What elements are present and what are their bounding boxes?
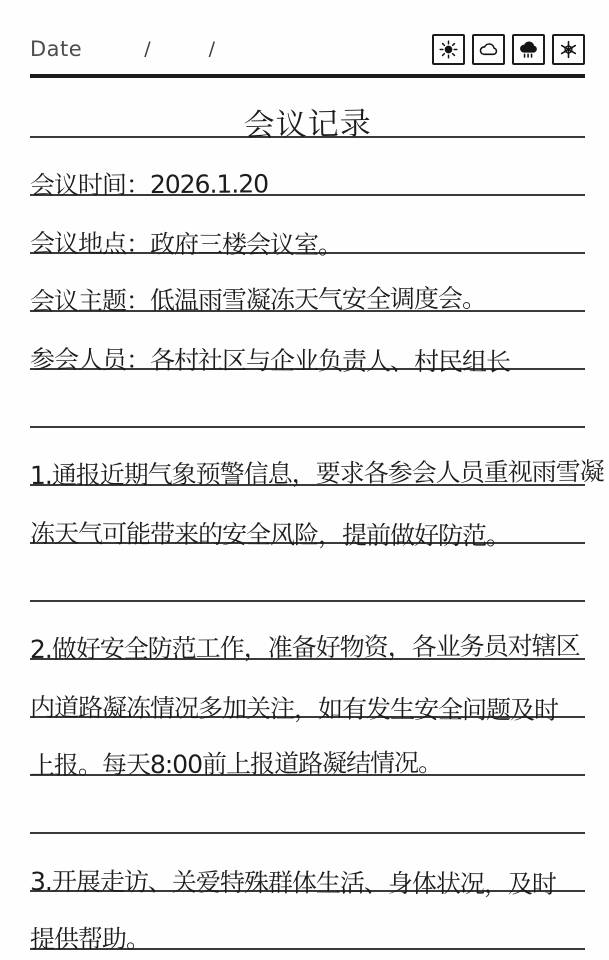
ruled-line: 会议地点：政府三楼会议室。 [30,196,585,254]
snow-icon [552,34,585,65]
handwritten-text: 会议时间：2026.1.20 [30,170,268,199]
notebook-page: Date / / [0,0,609,960]
date-separator: / [144,38,150,60]
cloud-icon [472,34,505,65]
ruled-line [30,544,585,602]
ruled-line [30,776,585,834]
handwritten-text: 会议主题：低温雨雪凝冻天气安全调度会。 [30,284,486,315]
handwritten-text: 2.做好安全防范工作，准备好物资，各业务员对辖区 [30,632,580,663]
ruled-line: 内道路凝冻情况多加关注，如有发生安全问题及时 [30,660,585,718]
date-separator: / [209,38,215,60]
ruled-line [30,370,585,428]
handwritten-text: 1.通报近期气象预警信息，要求各参会人员重视雨雪凝 [30,457,604,489]
ruled-line: 2.做好安全防范工作，准备好物资，各业务员对辖区 [30,602,585,660]
rain-icon [512,34,545,65]
ruled-line: 会议时间：2026.1.20 [30,138,585,196]
ruled-line: 参会人员：各村社区与企业负责人、村民组长 [30,312,585,370]
date-label: Date [30,37,82,61]
ruled-line: 3.开展走访、关爱特殊群体生活、身体状况，及时 [30,834,585,892]
ruled-line: 会议主题：低温雨雪凝冻天气安全调度会。 [30,254,585,312]
ruled-line: 冻天气可能带来的安全风险，提前做好防范。 [30,486,585,544]
handwritten-text: 提供帮助。 [30,925,150,953]
ruled-line: 提供帮助。 [30,892,585,950]
note-title-line: 会议记录 [30,78,585,138]
page-header: Date / / [0,0,609,68]
sun-icon [432,34,465,65]
ruled-area: 会议记录 会议时间：2026.1.20 会议地点：政府三楼会议室。 会议主题：低… [30,78,585,950]
ruled-line: 1.通报近期气象预警信息，要求各参会人员重视雨雪凝 [30,428,585,486]
ruled-line: 上报。每天8:00前上报道路凝结情况。 [30,718,585,776]
handwritten-text: 上报。每天8:00前上报道路凝结情况。 [30,749,442,779]
